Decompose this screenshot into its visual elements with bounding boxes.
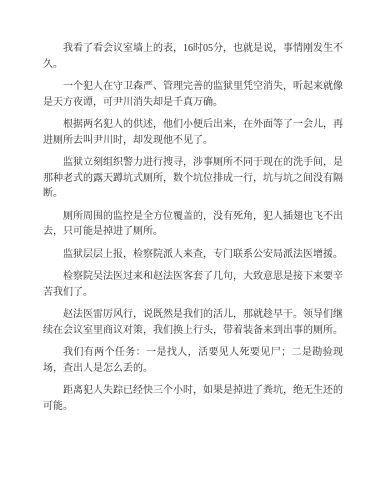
paragraph: 距离犯人失踪已经快三个小时，如果是掉进了粪坑，绝无生还的可能。 bbox=[43, 383, 343, 414]
paragraph: 监狱层层上报，检察院派人来查，专门联系公安局派法医增援。 bbox=[43, 247, 343, 263]
paragraph: 厕所周围的监控是全方位覆盖的，没有死角，犯人插翅也飞不出去，只可能是掉进了厕所。 bbox=[43, 209, 343, 240]
paragraph: 根据两名犯人的供述，他们小便后出来，在外面等了一会儿，再进厕所去叫尹川时，却发现… bbox=[43, 117, 343, 148]
paragraph: 一个犯人在守卫森严、管理完善的监狱里凭空消失，听起来就像是天方夜谭，可尹川消失却… bbox=[43, 79, 343, 110]
text-column: 我看了看会议室墙上的表，16时05分，也就是说，事情刚发生不久。 一个犯人在守卫… bbox=[43, 41, 343, 414]
paragraph: 检察院吴法医过来和赵法医客套了几句，大致意思是接下来要辛苦我们了。 bbox=[43, 269, 343, 300]
ebook-page[interactable]: 我看了看会议室墙上的表，16时05分，也就是说，事情刚发生不久。 一个犯人在守卫… bbox=[0, 0, 370, 480]
paragraph: 我们有两个任务：一是找人，活要见人死要见尸；二是勘验现场，查出人是怎么丢的。 bbox=[43, 345, 343, 376]
paragraph: 我看了看会议室墙上的表，16时05分，也就是说，事情刚发生不久。 bbox=[43, 41, 343, 72]
paragraph: 监狱立刻组织警力进行搜寻，涉事厕所不同于现在的洗手间，是那种老式的露天蹲坑式厕所… bbox=[43, 155, 343, 202]
paragraph: 赵法医雷厉风行，说既然是我们的活儿，那就趁早干。领导们继续在会议室里商议对策，我… bbox=[43, 307, 343, 338]
